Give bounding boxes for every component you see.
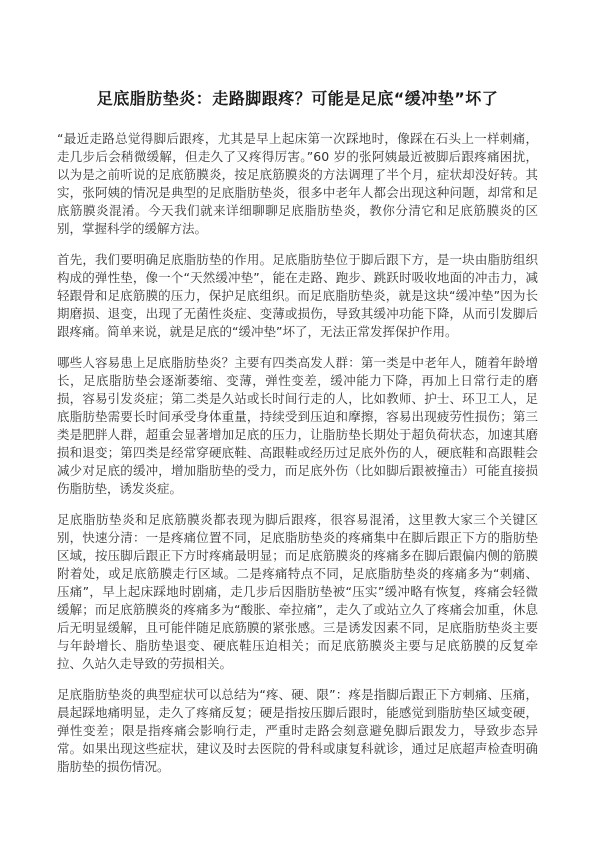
paragraph-intro: “最近走路总觉得脚后跟疼，尤其是早上起床第一次踩地时，像踩在石头上一样刺痛，走几… [57,130,538,238]
document-page: 足底脂肪垫炎：走路脚跟疼？可能是足底“缓冲垫”坏了 “最近走路总觉得脚后跟疼，尤… [0,0,595,841]
paragraph-high-risk-groups: 哪些人容易患上足底脂肪垫炎？主要有四类高发人群：第一类是中老年人，随着年龄增长，… [57,354,538,498]
page-title: 足底脂肪垫炎：走路脚跟疼？可能是足底“缓冲垫”坏了 [57,88,538,110]
paragraph-fat-pad-function: 首先，我们要明确足底脂肪垫的作用。足底脂肪垫位于脚后跟下方，是一块由脂肪组织构成… [57,251,538,341]
paragraph-typical-symptoms: 足底脂肪垫炎的典型症状可以总结为“疼、硬、限”：疼是指脚后跟正下方刺痛、压痛，晨… [57,686,538,776]
paragraph-key-differences: 足底脂肪垫炎和足底筋膜炎都表现为脚后跟疼，很容易混淆，这里教大家三个关键区别，快… [57,511,538,673]
